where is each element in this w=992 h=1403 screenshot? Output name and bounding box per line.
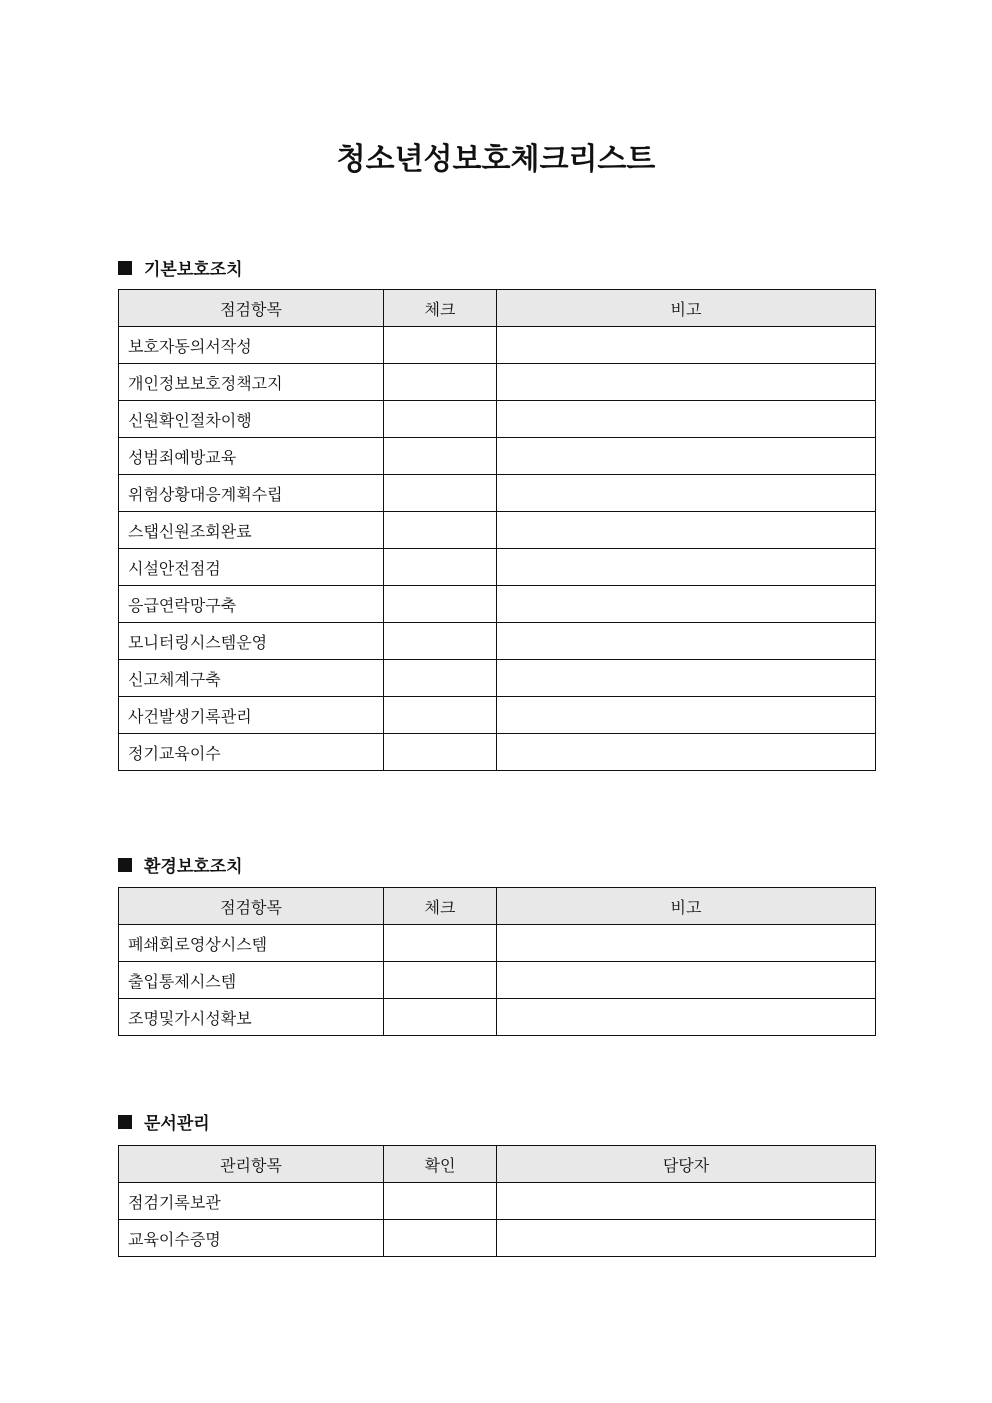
note-cell[interactable] [497,697,876,734]
confirm-cell[interactable] [384,1220,497,1257]
table-row: 개인정보보호정책고지 [119,364,876,401]
table-row: 정기교육이수 [119,734,876,771]
item-cell: 위험상황대응계획수립 [119,475,384,512]
table-row: 응급연락망구축 [119,586,876,623]
confirm-cell[interactable] [384,1183,497,1220]
note-cell[interactable] [497,586,876,623]
check-cell[interactable] [384,512,497,549]
check-cell[interactable] [384,438,497,475]
header-item: 점검항목 [119,888,384,925]
document-management-table: 관리항목 확인 담당자 점검기록보관 교육이수증명 [118,1145,876,1257]
table-header-row: 점검항목 체크 비고 [119,888,876,925]
manager-cell[interactable] [497,1220,876,1257]
header-item: 점검항목 [119,290,384,327]
table-row: 점검기록보관 [119,1183,876,1220]
table-row: 폐쇄회로영상시스템 [119,925,876,962]
check-cell[interactable] [384,925,497,962]
check-cell[interactable] [384,962,497,999]
table-row: 모니터링시스템운영 [119,623,876,660]
item-cell: 보호자동의서작성 [119,327,384,364]
check-cell[interactable] [384,364,497,401]
item-cell: 사건발생기록관리 [119,697,384,734]
note-cell[interactable] [497,660,876,697]
table-header-row: 관리항목 확인 담당자 [119,1146,876,1183]
note-cell[interactable] [497,962,876,999]
check-cell[interactable] [384,999,497,1036]
header-note: 비고 [497,290,876,327]
item-cell: 정기교육이수 [119,734,384,771]
section-heading-label: 환경보호조치 [144,852,243,877]
section-heading-documents: 문서관리 [118,1109,210,1134]
item-cell: 조명및가시성확보 [119,999,384,1036]
table-row: 신고체계구축 [119,660,876,697]
table-row: 출입통제시스템 [119,962,876,999]
check-cell[interactable] [384,623,497,660]
header-check: 체크 [384,888,497,925]
table-header-row: 점검항목 체크 비고 [119,290,876,327]
item-cell: 점검기록보관 [119,1183,384,1220]
header-item: 관리항목 [119,1146,384,1183]
check-cell[interactable] [384,734,497,771]
item-cell: 응급연락망구축 [119,586,384,623]
note-cell[interactable] [497,512,876,549]
header-note: 비고 [497,888,876,925]
note-cell[interactable] [497,364,876,401]
table-row: 사건발생기록관리 [119,697,876,734]
check-cell[interactable] [384,660,497,697]
item-cell: 모니터링시스템운영 [119,623,384,660]
square-bullet-icon [118,1115,132,1129]
square-bullet-icon [118,261,132,275]
section-heading-environment: 환경보호조치 [118,852,243,877]
check-cell[interactable] [384,586,497,623]
note-cell[interactable] [497,549,876,586]
table-row: 교육이수증명 [119,1220,876,1257]
check-cell[interactable] [384,697,497,734]
section-heading-label: 기본보호조치 [144,255,243,280]
item-cell: 신원확인절차이행 [119,401,384,438]
header-check: 체크 [384,290,497,327]
item-cell: 신고체계구축 [119,660,384,697]
table-row: 조명및가시성확보 [119,999,876,1036]
check-cell[interactable] [384,549,497,586]
check-cell[interactable] [384,327,497,364]
item-cell: 성범죄예방교육 [119,438,384,475]
note-cell[interactable] [497,327,876,364]
table-row: 스탭신원조회완료 [119,512,876,549]
environment-protection-table: 점검항목 체크 비고 폐쇄회로영상시스템 출입통제시스템 조명및가시성확보 [118,887,876,1036]
document-title: 청소년성보호체크리스트 [0,134,992,178]
table-row: 위험상황대응계획수립 [119,475,876,512]
table-row: 시설안전점검 [119,549,876,586]
note-cell[interactable] [497,734,876,771]
item-cell: 스탭신원조회완료 [119,512,384,549]
table-row: 신원확인절차이행 [119,401,876,438]
item-cell: 교육이수증명 [119,1220,384,1257]
note-cell[interactable] [497,401,876,438]
note-cell[interactable] [497,438,876,475]
note-cell[interactable] [497,999,876,1036]
basic-protection-table: 점검항목 체크 비고 보호자동의서작성 개인정보보호정책고지 신원확인절차이행 … [118,289,876,771]
check-cell[interactable] [384,475,497,512]
note-cell[interactable] [497,925,876,962]
square-bullet-icon [118,858,132,872]
manager-cell[interactable] [497,1183,876,1220]
item-cell: 폐쇄회로영상시스템 [119,925,384,962]
item-cell: 시설안전점검 [119,549,384,586]
item-cell: 출입통제시스템 [119,962,384,999]
section-heading-basic: 기본보호조치 [118,255,243,280]
note-cell[interactable] [497,623,876,660]
header-confirm: 확인 [384,1146,497,1183]
header-manager: 담당자 [497,1146,876,1183]
check-cell[interactable] [384,401,497,438]
section-heading-label: 문서관리 [144,1109,210,1134]
table-row: 보호자동의서작성 [119,327,876,364]
item-cell: 개인정보보호정책고지 [119,364,384,401]
table-row: 성범죄예방교육 [119,438,876,475]
note-cell[interactable] [497,475,876,512]
